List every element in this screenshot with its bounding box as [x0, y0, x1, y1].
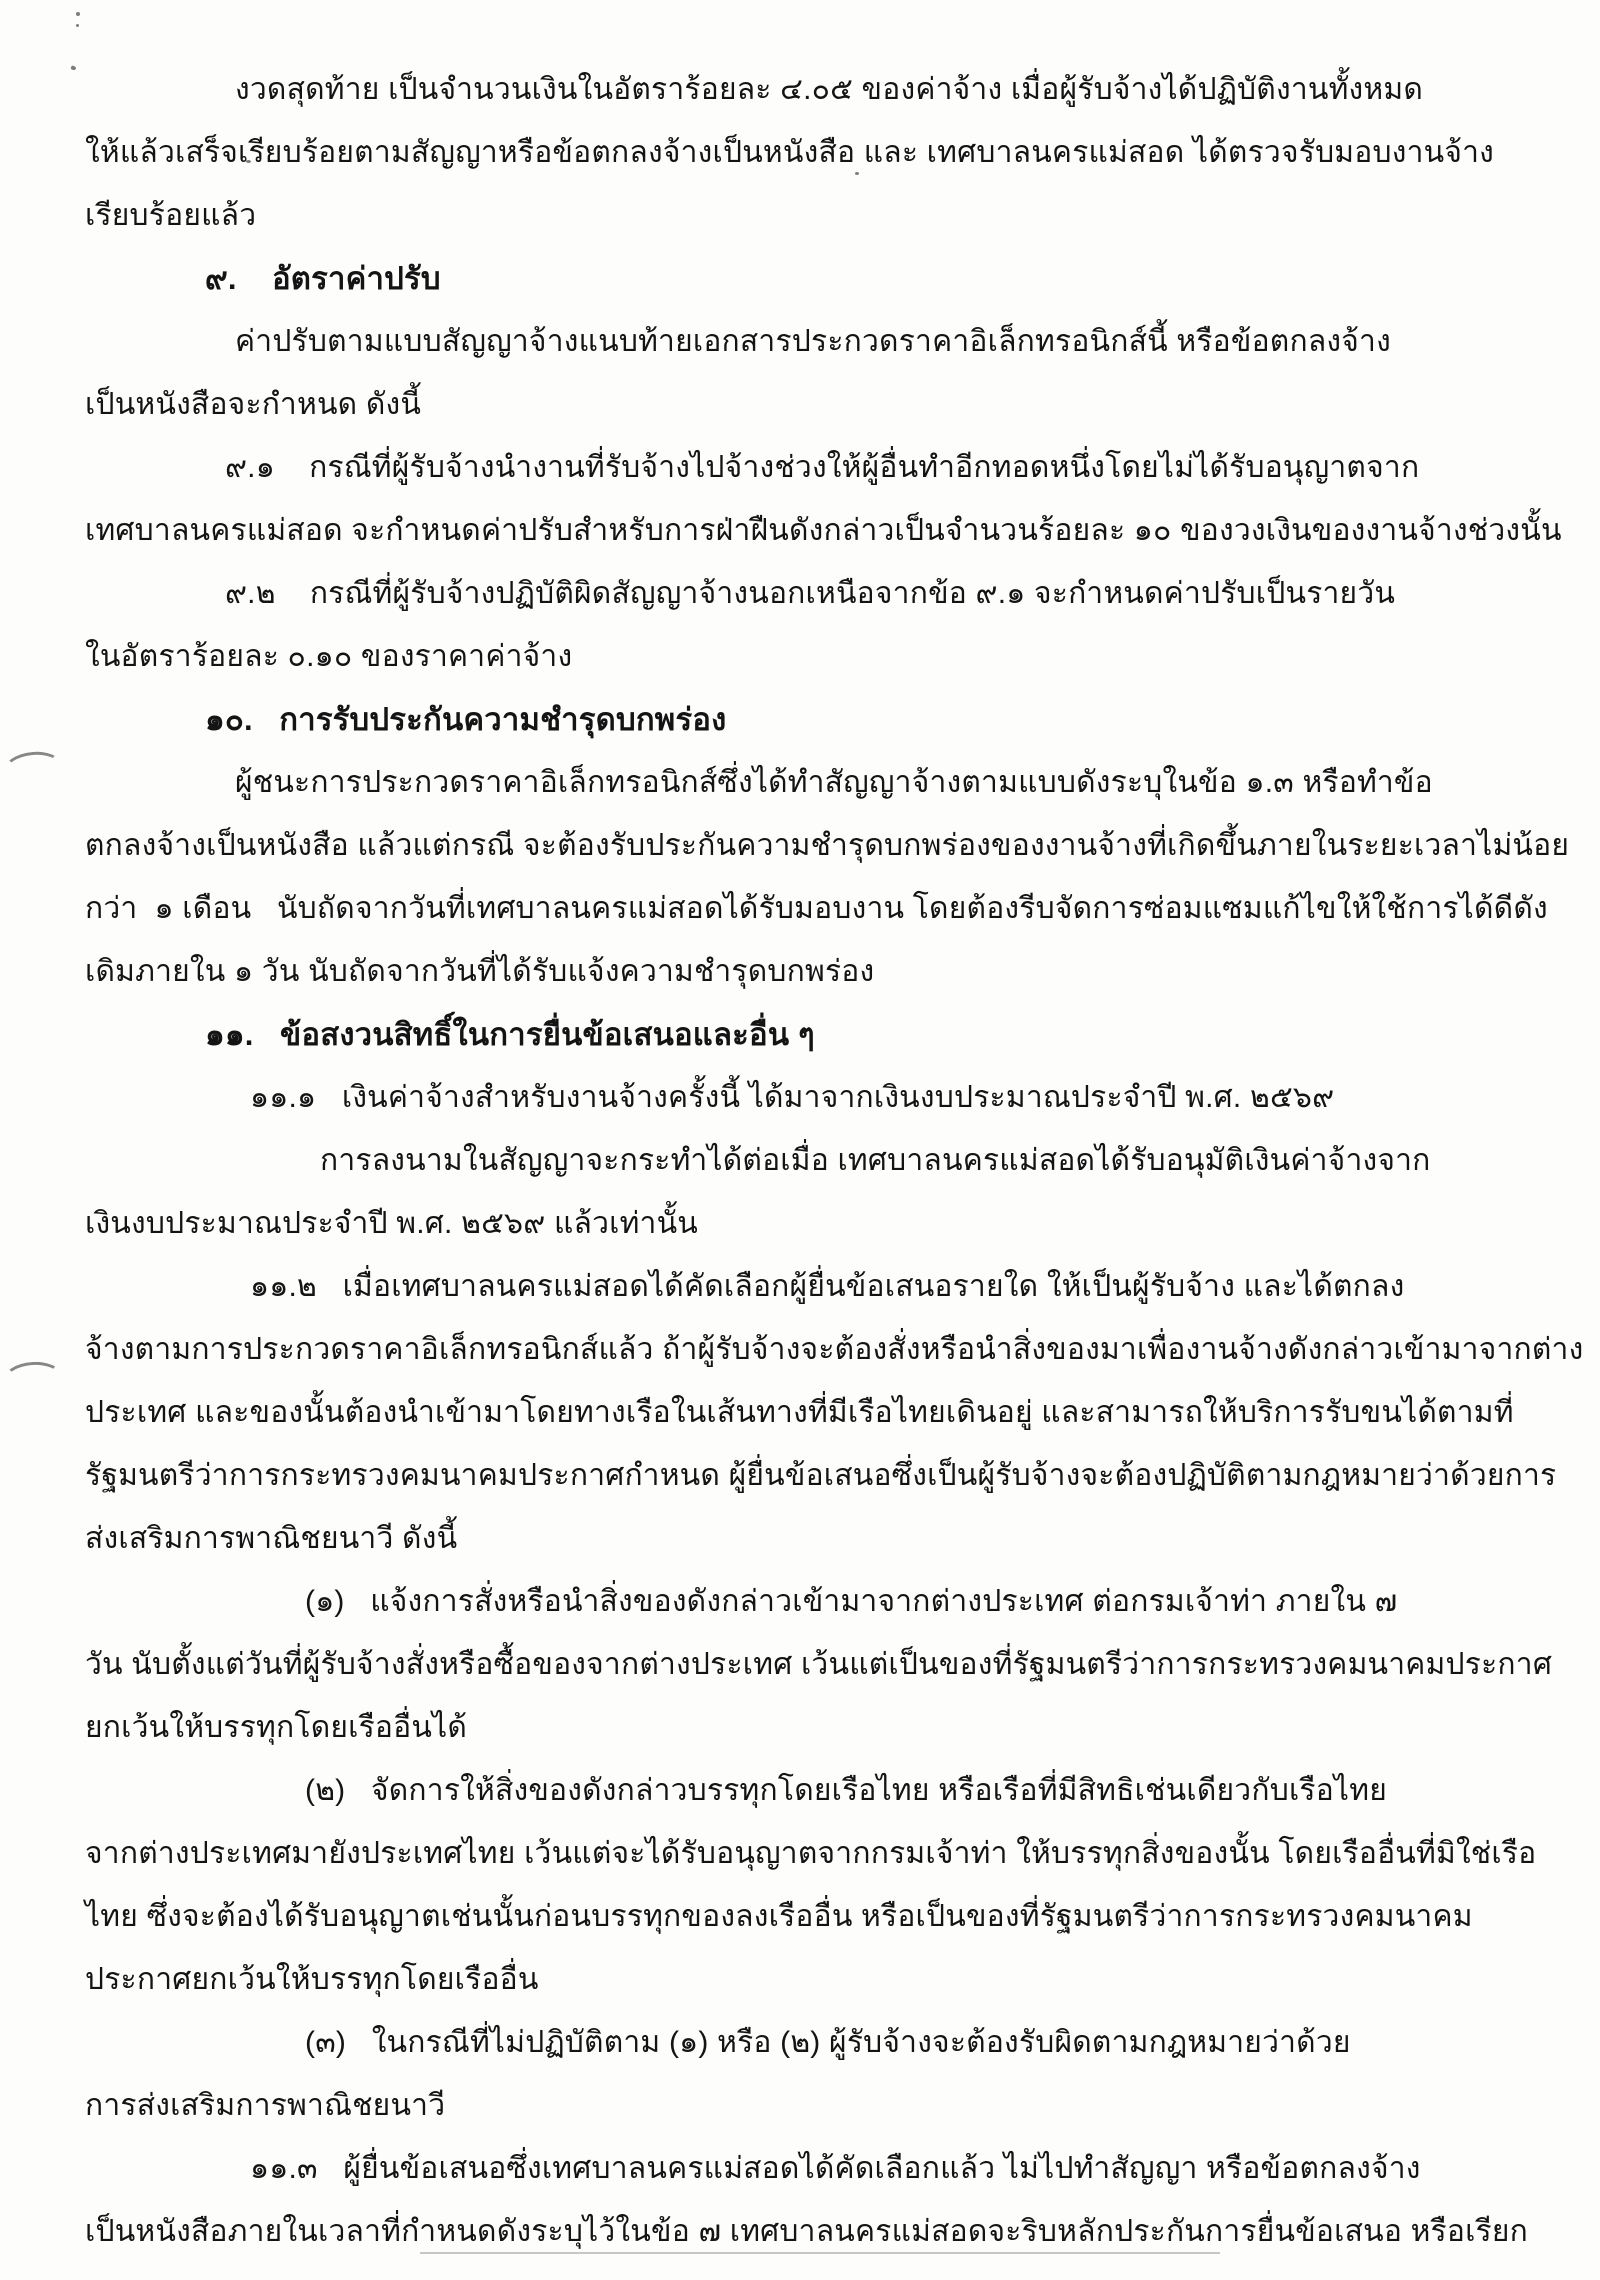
text-line: ในอัตราร้อยละ ๐.๑๐ ของราคาค่าจ้าง [85, 625, 1555, 688]
text-line: ประเทศ และของนั้นต้องนำเข้ามาโดยทางเรือใ… [85, 1381, 1555, 1444]
pen-stroke-artifact [3, 1360, 63, 1396]
section-11-heading: ๑๑. ข้อสงวนสิทธิ์ในการยื่นข้อเสนอและอื่น… [85, 1003, 1555, 1066]
text-line: เทศบาลนครแม่สอด จะกำหนดค่าปรับสำหรับการฝ… [85, 499, 1555, 562]
text-line: เป็นหนังสือภายในเวลาที่กำหนดดังระบุไว้ใน… [85, 2200, 1555, 2263]
text-line: เงินงบประมาณประจำปี พ.ศ. ๒๕๖๙ แล้วเท่านั… [85, 1192, 1555, 1255]
text-line: ส่งเสริมการพาณิชยนาวี ดังนี้ [85, 1507, 1555, 1570]
scan-artifact [76, 12, 80, 16]
clause-9-2: ๙.๒ กรณีที่ผู้รับจ้างปฏิบัติผิดสัญญาจ้าง… [85, 562, 1555, 625]
text-line: ผู้ชนะการประกวดราคาอิเล็กทรอนิกส์ซึ่งได้… [85, 751, 1555, 814]
text-line: ให้แล้วเสร็จเรียบร้อยตามสัญญาหรือข้อตกลง… [85, 121, 1555, 184]
text-line: วัน นับตั้งแต่วันที่ผู้รับจ้างสั่งหรือซื… [85, 1633, 1555, 1696]
clause-11-1: ๑๑.๑ เงินค่าจ้างสำหรับงานจ้างครั้งนี้ ได… [85, 1066, 1555, 1129]
text-line: เป็นหนังสือจะกำหนด ดังนี้ [85, 373, 1555, 436]
text-line: การลงนามในสัญญาจะกระทำได้ต่อเมื่อ เทศบาล… [85, 1129, 1555, 1192]
clause-9-1: ๙.๑ กรณีที่ผู้รับจ้างนำงานที่รับจ้างไปจ้… [85, 436, 1555, 499]
scanned-document-page: งวดสุดท้าย เป็นจำนวนเงินในอัตราร้อยละ ๔.… [0, 0, 1600, 2280]
text-line: งวดสุดท้าย เป็นจำนวนเงินในอัตราร้อยละ ๔.… [85, 58, 1555, 121]
subclause-1: (๑) แจ้งการสั่งหรือนำสิ่งของดังกล่าวเข้า… [85, 1570, 1555, 1633]
text-line: ตกลงจ้างเป็นหนังสือ แล้วแต่กรณี จะต้องรั… [85, 814, 1555, 877]
text-line: จ้างตามการประกวดราคาอิเล็กทรอนิกส์แล้ว ถ… [85, 1318, 1555, 1381]
text-line: รัฐมนตรีว่าการกระทรวงคมนาคมประกาศกำหนด ผ… [85, 1444, 1555, 1507]
text-line: เดิมภายใน ๑ วัน นับถัดจากวันที่ได้รับแจ้… [85, 940, 1555, 1003]
clause-11-3: ๑๑.๓ ผู้ยื่นข้อเสนอซึ่งเทศบาลนครแม่สอดได… [85, 2137, 1555, 2200]
section-10-heading: ๑๐. การรับประกันความชำรุดบกพร่อง [85, 688, 1555, 751]
scan-artifact [70, 65, 76, 70]
text-line: ค่าปรับตามแบบสัญญาจ้างแนบท้ายเอกสารประกว… [85, 310, 1555, 373]
text-line: ไทย ซึ่งจะต้องได้รับอนุญาตเช่นนั้นก่อนบร… [85, 1885, 1555, 1948]
clause-11-2: ๑๑.๒ เมื่อเทศบาลนครแม่สอดได้คัดเลือกผู้ย… [85, 1255, 1555, 1318]
document-content: งวดสุดท้าย เป็นจำนวนเงินในอัตราร้อยละ ๔.… [85, 58, 1555, 2263]
text-line: การส่งเสริมการพาณิชยนาวี [85, 2074, 1555, 2137]
text-line: ประกาศยกเว้นให้บรรทุกโดยเรืออื่น [85, 1948, 1555, 2011]
text-line: เรียบร้อยแล้ว [85, 184, 1555, 247]
subclause-3: (๓) ในกรณีที่ไม่ปฏิบัติตาม (๑) หรือ (๒) … [85, 2011, 1555, 2074]
subclause-2: (๒) จัดการให้สิ่งของดังกล่าวบรรทุกโดยเรื… [85, 1759, 1555, 1822]
section-9-heading: ๙. อัตราค่าปรับ [85, 247, 1555, 310]
text-line: จากต่างประเทศมายังประเทศไทย เว้นแต่จะได้… [85, 1822, 1555, 1885]
scan-artifact [76, 24, 79, 27]
pen-stroke-artifact [2, 749, 63, 787]
text-line: กว่า ๑ เดือน นับถัดจากวันที่เทศบาลนครแม่… [85, 877, 1555, 940]
text-line: ยกเว้นให้บรรทุกโดยเรืออื่นได้ [85, 1696, 1555, 1759]
